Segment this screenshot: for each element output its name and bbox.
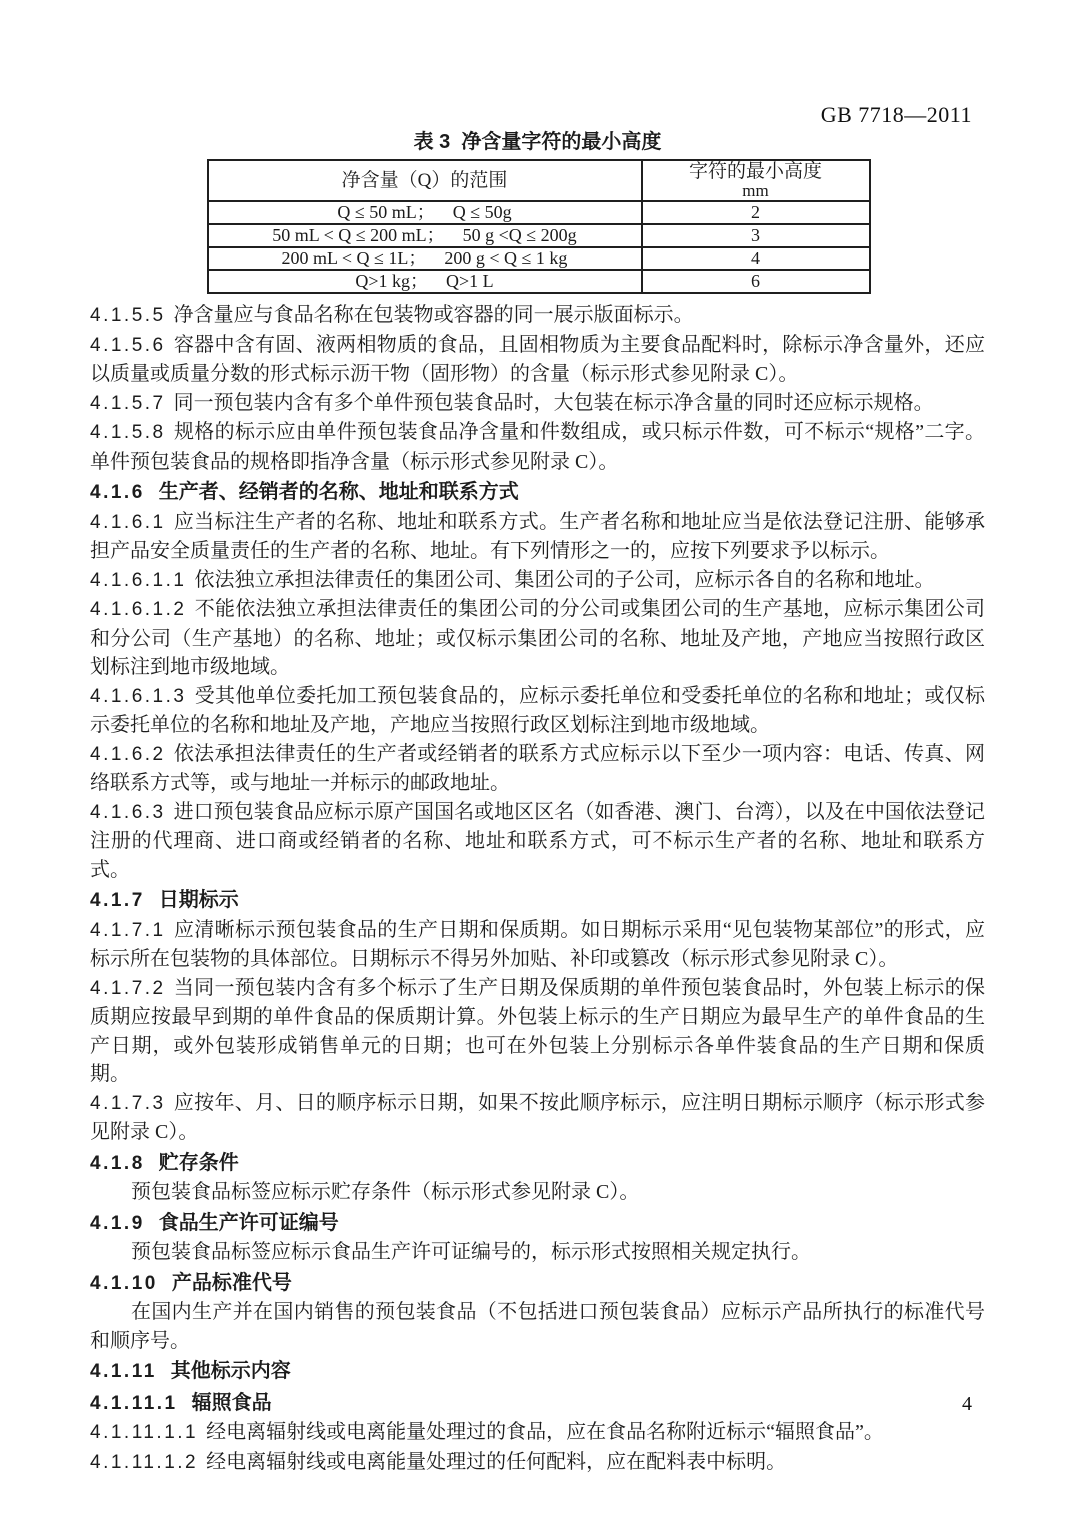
paragraph: 4.1.11.1.1经电离辐射线或电离能量处理过的食品，应在食品名称附近标示“辐… bbox=[90, 1418, 985, 1448]
col-header-height: 字符的最小高度 mm bbox=[642, 160, 870, 201]
clause-text: 经电离辐射线或电离能量处理过的食品，应在食品名称附近标示“辐照食品”。 bbox=[206, 1421, 884, 1443]
clause-number: 4.1.7.1 bbox=[90, 920, 166, 941]
paragraph: 4.1.7.2当同一预包装内含有多个标示了生产日期及保质期的单件预包装食品时，外… bbox=[90, 974, 985, 1089]
clause-text: 食品生产许可证编号 bbox=[159, 1212, 339, 1234]
paragraph: 4.1.5.7同一预包装内含有多个单件预包装食品时，大包装在标示净含量的同时还应… bbox=[90, 389, 985, 419]
paragraph: 4.1.7.3应按年、月、日的顺序标示日期，如果不按此顺序标示，应注明日期标示顺… bbox=[90, 1089, 985, 1147]
table-row: Q ≤ 50 mL； Q ≤ 50g 2 bbox=[208, 201, 870, 224]
clause-text: 受其他单位委托加工预包装食品的，应标示委托单位和受委托单位的名称和地址；或仅标示… bbox=[90, 685, 985, 737]
clause-number: 4.1.7.2 bbox=[90, 978, 166, 999]
range-cell: Q>1 kg； Q>1 L bbox=[208, 270, 642, 293]
clause-number: 4.1.7 bbox=[90, 890, 145, 911]
table-body: Q ≤ 50 mL； Q ≤ 50g 2 50 mL < Q ≤ 200 mL；… bbox=[208, 201, 870, 293]
paragraph: 4.1.6.1.2不能依法独立承担法律责任的集团公司的分公司或集团公司的生产基地… bbox=[90, 595, 985, 682]
clause-number: 4.1.5.7 bbox=[90, 393, 166, 414]
paragraph: 4.1.7.1应清晰标示预包装食品的生产日期和保质期。如日期标示采用“见包装物某… bbox=[90, 916, 985, 974]
table-row: 50 mL < Q ≤ 200 mL； 50 g <Q ≤ 200g 3 bbox=[208, 224, 870, 247]
net-content-table: 净含量（Q）的范围 字符的最小高度 mm Q ≤ 50 mL； Q ≤ 50g … bbox=[207, 159, 871, 294]
paragraph: 4.1.11.1.2经电离辐射线或电离能量处理过的任何配料，应在配料表中标明。 bbox=[90, 1448, 985, 1478]
clause-number: 4.1.5.5 bbox=[90, 305, 166, 326]
clause-text: 进口预包装食品应标示原产国国名或地区区名（如香港、澳门、台湾），以及在中国依法登… bbox=[90, 801, 985, 881]
paragraph: 4.1.5.8规格的标示应由单件预包装食品净含量和件数组成，或只标示件数，可不标… bbox=[90, 418, 985, 476]
clause-number: 4.1.6.3 bbox=[90, 802, 166, 823]
paragraph: 4.1.6.1应当标注生产者的名称、地址和联系方式。生产者名称和地址应当是依法登… bbox=[90, 508, 985, 566]
clause-number: 4.1.11.1 bbox=[90, 1393, 178, 1414]
table-row: Q>1 kg； Q>1 L 6 bbox=[208, 270, 870, 293]
range-cell: 200 mL < Q ≤ 1L； 200 g < Q ≤ 1 kg bbox=[208, 247, 642, 270]
clause-number: 4.1.7.3 bbox=[90, 1093, 166, 1114]
clause-text: 预包装食品标签应标示食品生产许可证编号的，标示形式按照相关规定执行。 bbox=[131, 1241, 811, 1263]
clause-text: 同一预包装内含有多个单件预包装食品时，大包装在标示净含量的同时还应标示规格。 bbox=[174, 392, 934, 414]
col-header-range: 净含量（Q）的范围 bbox=[208, 160, 642, 201]
clause-number: 4.1.6 bbox=[90, 482, 145, 503]
clause-text: 产品标准代号 bbox=[172, 1272, 292, 1294]
table-block: 表 3 净含量字符的最小高度 净含量（Q）的范围 字符的最小高度 mm bbox=[207, 125, 869, 294]
paragraph: 4.1.8贮存条件 bbox=[90, 1149, 985, 1179]
table-header-row: 净含量（Q）的范围 字符的最小高度 mm bbox=[208, 160, 870, 201]
height-cell: 2 bbox=[642, 201, 870, 224]
paragraph: 4.1.6.1.3受其他单位委托加工预包装食品的，应标示委托单位和受委托单位的名… bbox=[90, 682, 985, 740]
clause-text: 规格的标示应由单件预包装食品净含量和件数组成，或只标示件数，可不标示“规格”二字… bbox=[90, 421, 985, 473]
paragraph: 4.1.5.5净含量应与食品名称在包装物或容器的同一展示版面标示。 bbox=[90, 301, 985, 331]
col-header-height-unit: mm bbox=[643, 182, 869, 200]
clause-number: 4.1.9 bbox=[90, 1213, 145, 1234]
clause-text: 不能依法独立承担法律责任的集团公司的分公司或集团公司的生产基地，应标示集团公司和… bbox=[90, 598, 985, 678]
clause-text: 贮存条件 bbox=[159, 1152, 239, 1174]
clause-number: 4.1.6.2 bbox=[90, 744, 166, 765]
clause-number: 4.1.6.1 bbox=[90, 512, 166, 533]
clause-text: 应当标注生产者的名称、地址和联系方式。生产者名称和地址应当是依法登记注册、能够承… bbox=[90, 511, 985, 563]
clause-text: 依法独立承担法律责任的集团公司、集团公司的子公司，应标示各自的名称和地址。 bbox=[194, 569, 934, 591]
table-title: 表 3 净含量字符的最小高度 bbox=[207, 125, 869, 154]
clause-number: 4.1.6.1.3 bbox=[90, 686, 186, 707]
paragraph: 4.1.11.1辐照食品 bbox=[90, 1389, 985, 1419]
clause-text: 净含量应与食品名称在包装物或容器的同一展示版面标示。 bbox=[174, 304, 694, 326]
clause-text: 预包装食品标签应标示贮存条件（标示形式参见附录 C）。 bbox=[131, 1181, 639, 1203]
height-cell: 4 bbox=[642, 247, 870, 270]
clause-number: 4.1.5.6 bbox=[90, 335, 166, 356]
clause-text: 在国内生产并在国内销售的预包装食品（不包括进口预包装食品）应标示产品所执行的标准… bbox=[90, 1301, 985, 1352]
paragraph: 4.1.7日期标示 bbox=[90, 886, 985, 916]
range-cell: 50 mL < Q ≤ 200 mL； 50 g <Q ≤ 200g bbox=[208, 224, 642, 247]
clause-number: 4.1.6.1.1 bbox=[90, 570, 186, 591]
paragraph: 4.1.6.3进口预包装食品应标示原产国国名或地区区名（如香港、澳门、台湾），以… bbox=[90, 798, 985, 885]
clause-text: 辐照食品 bbox=[192, 1392, 272, 1414]
clause-text: 生产者、经销者的名称、地址和联系方式 bbox=[159, 481, 519, 503]
clause-number: 4.1.6.1.2 bbox=[90, 599, 186, 620]
clause-text: 日期标示 bbox=[159, 889, 239, 911]
clause-number: 4.1.10 bbox=[90, 1273, 158, 1294]
clause-text: 当同一预包装内含有多个标示了生产日期及保质期的单件预包装食品时，外包装上标示的保… bbox=[90, 977, 985, 1086]
paragraph: 4.1.6.2依法承担法律责任的生产者或经销者的联系方式应标示以下至少一项内容：… bbox=[90, 740, 985, 798]
clause-text: 应按年、月、日的顺序标示日期，如果不按此顺序标示，应注明日期标示顺序（标示形式参… bbox=[90, 1092, 985, 1144]
height-cell: 6 bbox=[642, 270, 870, 293]
paragraph: 在国内生产并在国内销售的预包装食品（不包括进口预包装食品）应标示产品所执行的标准… bbox=[90, 1298, 985, 1355]
clause-text: 其他标示内容 bbox=[171, 1360, 291, 1382]
paragraph: 4.1.9食品生产许可证编号 bbox=[90, 1209, 985, 1239]
paragraph: 预包装食品标签应标示贮存条件（标示形式参见附录 C）。 bbox=[90, 1178, 985, 1207]
clause-number: 4.1.11 bbox=[90, 1361, 157, 1382]
col-header-height-label: 字符的最小高度 bbox=[643, 161, 869, 182]
paragraph: 预包装食品标签应标示食品生产许可证编号的，标示形式按照相关规定执行。 bbox=[90, 1238, 985, 1267]
paragraph: 4.1.6生产者、经销者的名称、地址和联系方式 bbox=[90, 478, 985, 508]
paragraph: 4.1.6.1.1依法独立承担法律责任的集团公司、集团公司的子公司，应标示各自的… bbox=[90, 566, 985, 596]
document-body: 4.1.5.5净含量应与食品名称在包装物或容器的同一展示版面标示。 4.1.5.… bbox=[90, 301, 985, 1477]
table-row: 200 mL < Q ≤ 1L； 200 g < Q ≤ 1 kg 4 bbox=[208, 247, 870, 270]
clause-text: 容器中含有固、液两相物质的食品，且固相物质为主要食品配料时，除标示净含量外，还应… bbox=[90, 334, 985, 386]
paragraph: 4.1.11其他标示内容 bbox=[90, 1357, 985, 1387]
clause-number: 4.1.5.8 bbox=[90, 422, 166, 443]
range-cell: Q ≤ 50 mL； Q ≤ 50g bbox=[208, 201, 642, 224]
page-number: 4 bbox=[962, 1393, 972, 1416]
clause-number: 4.1.11.1.2 bbox=[90, 1452, 198, 1473]
clause-text: 依法承担法律责任的生产者或经销者的联系方式应标示以下至少一项内容：电话、传真、网… bbox=[90, 743, 985, 795]
clause-number: 4.1.11.1.1 bbox=[90, 1422, 198, 1443]
clause-text: 应清晰标示预包装食品的生产日期和保质期。如日期标示采用“见包装物某部位”的形式，… bbox=[90, 919, 985, 971]
document-page: GB 7718—2011 表 3 净含量字符的最小高度 净含量（Q）的范围 字符… bbox=[0, 0, 1074, 1520]
page-content: 表 3 净含量字符的最小高度 净含量（Q）的范围 字符的最小高度 mm bbox=[90, 125, 985, 1477]
clause-number: 4.1.8 bbox=[90, 1153, 145, 1174]
paragraph: 4.1.10产品标准代号 bbox=[90, 1269, 985, 1299]
height-cell: 3 bbox=[642, 224, 870, 247]
paragraph: 4.1.5.6容器中含有固、液两相物质的食品，且固相物质为主要食品配料时，除标示… bbox=[90, 331, 985, 389]
clause-text: 经电离辐射线或电离能量处理过的任何配料，应在配料表中标明。 bbox=[206, 1451, 786, 1473]
